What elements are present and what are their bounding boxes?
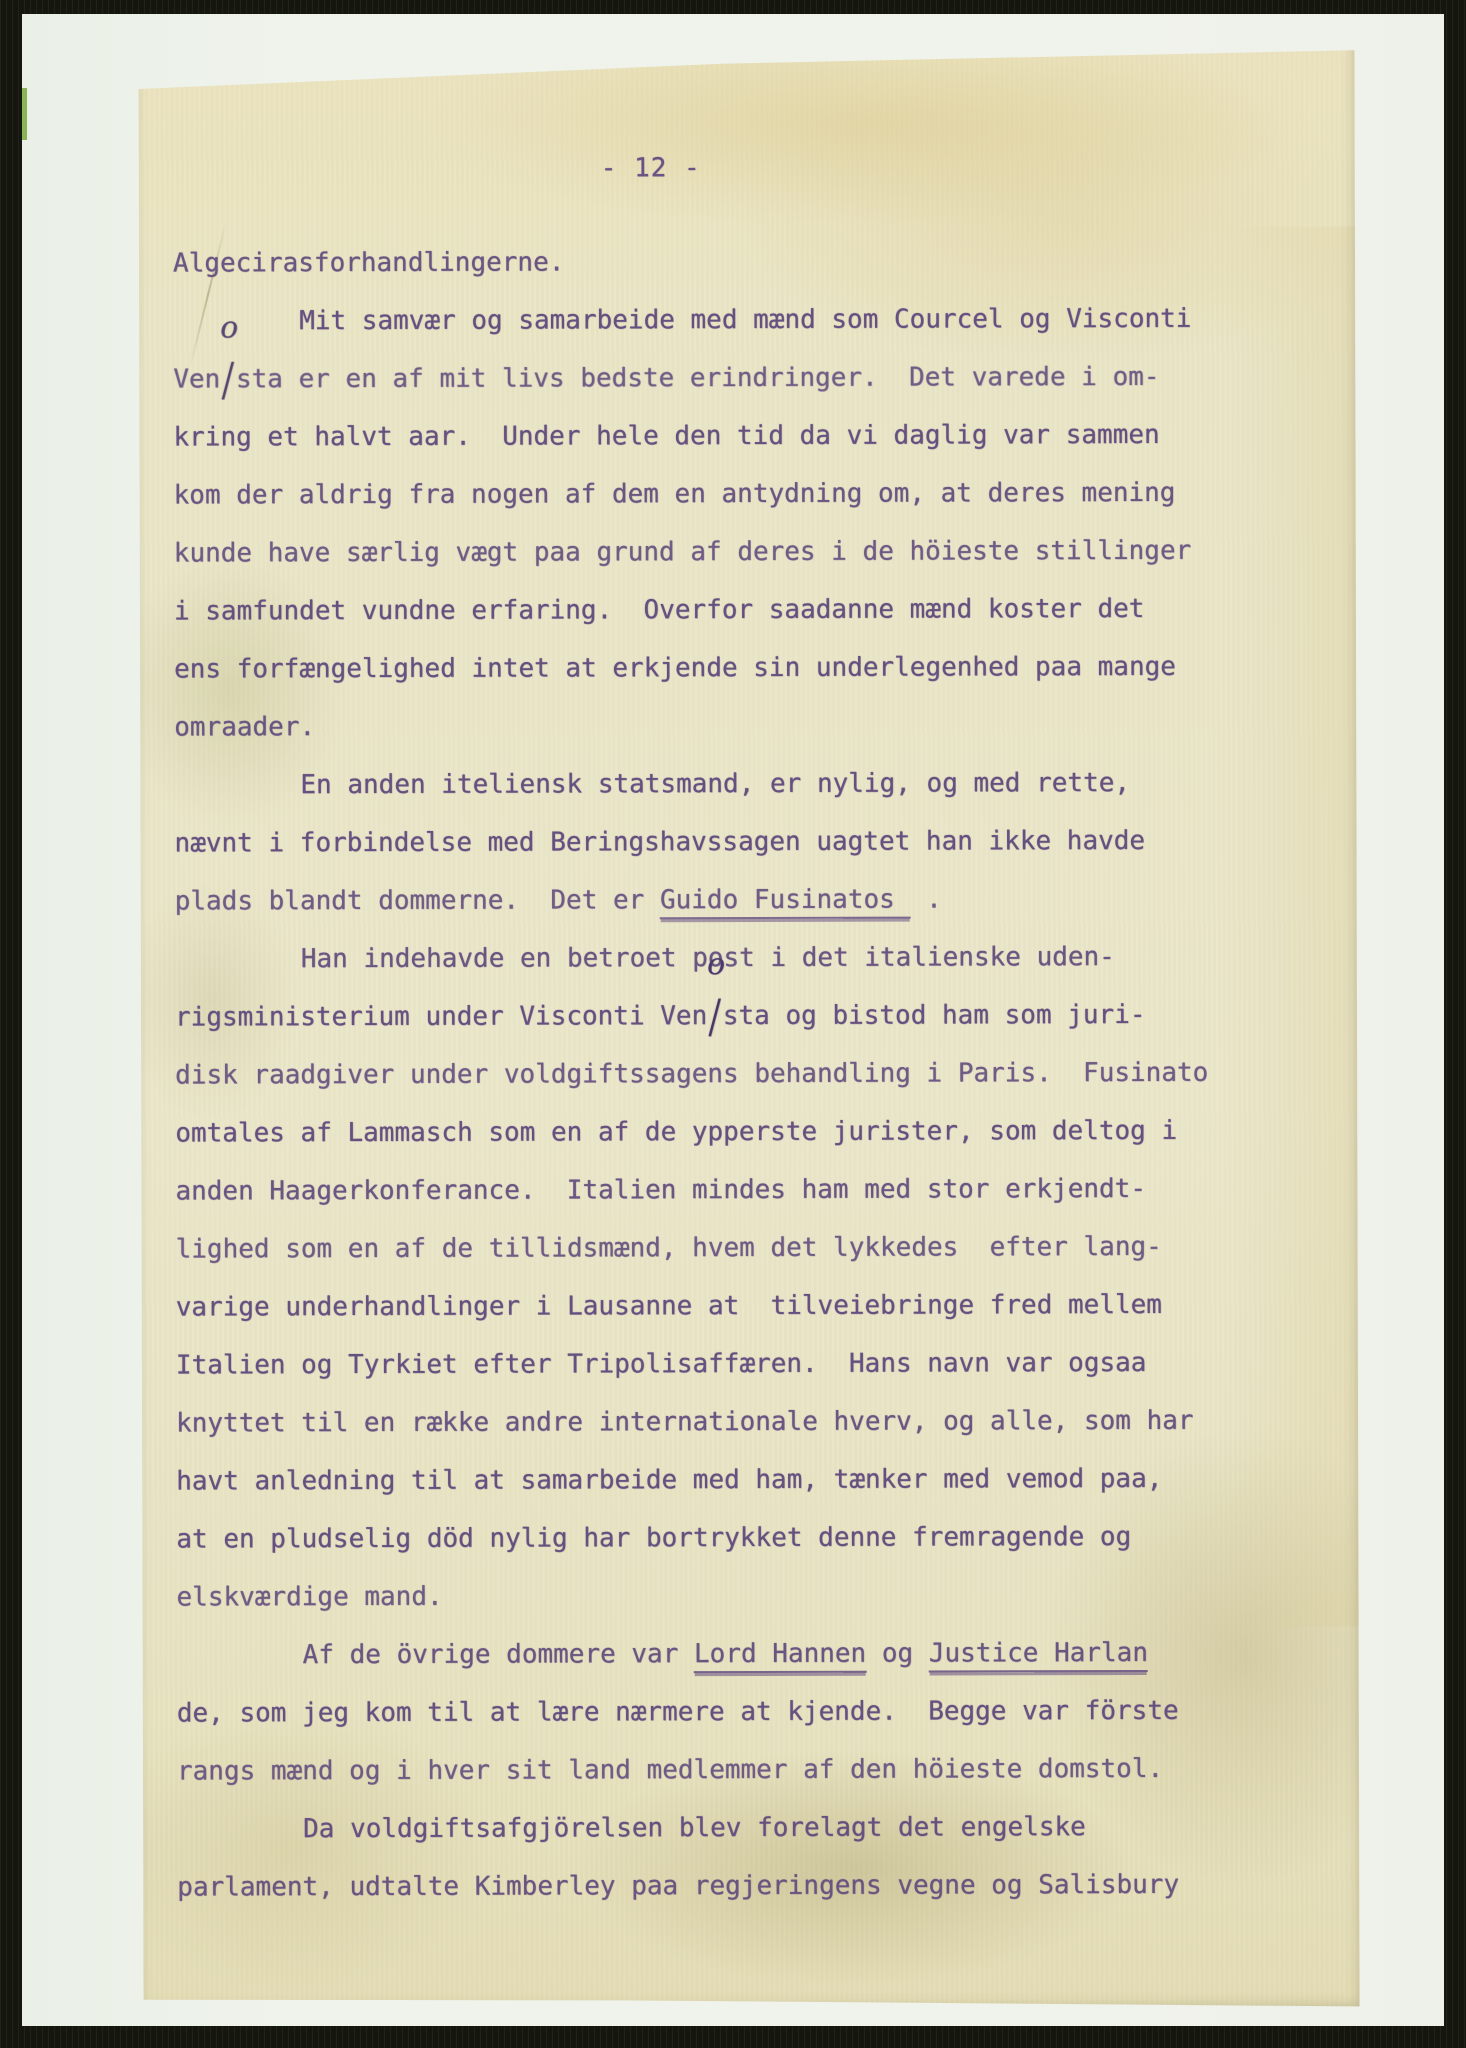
typed-text: i samfundet vundne erfaring. Overfor saa…: [174, 594, 1145, 627]
typescript-line: anden Haagerkonferance. Italien mindes h…: [175, 1159, 1325, 1220]
page-number: - 12 -: [601, 148, 701, 188]
typescript-line: rangs mænd og i hver sit land medlemmer …: [177, 1739, 1327, 1800]
typed-text: og: [866, 1639, 929, 1669]
scanned-document: - 12 - Algecirasforhandlingerne.Mit samv…: [0, 0, 1466, 2048]
typed-text: elskværdige mand.: [176, 1582, 442, 1613]
typed-text: havt anledning til at samarbeide med ham…: [176, 1464, 1162, 1497]
paper-stain: [418, 17, 1319, 229]
typed-text: Da voldgiftsafgjörelsen blev forelagt de…: [303, 1812, 1086, 1844]
underlined-text: Guido Fusinatos: [660, 885, 911, 920]
typed-text: at en pludselig död nylig har bortrykket…: [176, 1522, 1131, 1554]
typescript-line: knyttet til en række andre international…: [176, 1391, 1326, 1452]
typescript-line: Ven/osta er en af mit livs bedste erindr…: [173, 347, 1323, 408]
typed-text: .: [910, 884, 941, 914]
typescript-line: i samfundet vundne erfaring. Overfor saa…: [174, 579, 1324, 640]
typed-text: omtales af Lammasch som en af de ypperst…: [175, 1116, 1177, 1149]
typed-text: Italien og Tyrkiet efter Tripolisaffæren…: [176, 1348, 1147, 1381]
underlined-text: Lord Hannen: [694, 1639, 866, 1673]
typed-text: parlament, udtalte Kimberley paa regjeri…: [177, 1870, 1179, 1903]
typed-text: kring et halvt aar. Under hele den tid d…: [173, 420, 1159, 453]
typed-text: omraader.: [174, 712, 315, 742]
typed-text: varige underhandlinger i Lausanne at til…: [176, 1290, 1162, 1323]
typed-text: sta og bistod ham som juri-: [723, 1000, 1146, 1031]
typescript-line: kunde have særlig vægt paa grund af dere…: [174, 521, 1324, 582]
typescript-line: elskværdige mand.: [176, 1565, 1326, 1626]
handwritten-correction: /o: [220, 350, 236, 408]
typed-text: knyttet til en række andre international…: [176, 1406, 1194, 1439]
typed-text: ens forfængelighed intet at erkjende sin…: [174, 652, 1176, 685]
typescript-line: de, som jeg kom til at lære nærmere at k…: [177, 1681, 1327, 1742]
typescript-line: kom der aldrig fra nogen af dem en antyd…: [174, 463, 1324, 524]
typescript-line: lighed som en af de tillidsmænd, hvem de…: [176, 1217, 1326, 1278]
typed-text: rigsministerium under Visconti Ven: [175, 1001, 707, 1032]
typed-text: disk raadgiver under voldgiftssagens beh…: [175, 1058, 1208, 1091]
typed-text: sta er en af mit livs bedste erindringer…: [236, 362, 1160, 394]
typescript-line: Han indehavde en betroet post i det ital…: [175, 927, 1325, 988]
typescript-line: Italien og Tyrkiet efter Tripolisaffæren…: [176, 1333, 1326, 1394]
typescript-line: Af de övrige dommere var Lord Hannen og …: [177, 1623, 1327, 1684]
typed-text: anden Haagerkonferance. Italien mindes h…: [175, 1174, 1146, 1207]
typescript-line: Da voldgiftsafgjörelsen blev forelagt de…: [177, 1797, 1327, 1858]
typed-text: de, som jeg kom til at lære nærmere at k…: [177, 1696, 1179, 1729]
typed-text: lighed som en af de tillidsmænd, hvem de…: [176, 1232, 1162, 1265]
typescript-line: omtales af Lammasch som en af de ypperst…: [175, 1101, 1325, 1162]
handwritten-correction: /o: [707, 987, 723, 1045]
typescript-line: Mit samvær og samarbeide med mænd som Co…: [173, 289, 1323, 350]
typed-text: En anden iteliensk statsmand, er nylig, …: [300, 768, 1130, 800]
typed-text: Ven: [173, 364, 220, 394]
struck-typed-character: /: [220, 330, 236, 432]
handwritten-letter: o: [707, 950, 725, 980]
typescript-line: rigsministerium under Visconti Ven/osta …: [175, 985, 1325, 1046]
backing-sheet: - 12 - Algecirasforhandlingerne.Mit samv…: [22, 14, 1444, 2026]
typed-page: - 12 - Algecirasforhandlingerne.Mit samv…: [138, 26, 1359, 2011]
typed-text: plads blandt dommerne. Det er: [175, 885, 660, 916]
typescript-line: at en pludselig död nylig har bortrykket…: [176, 1507, 1326, 1568]
typed-text: kunde have særlig vægt paa grund af dere…: [174, 536, 1192, 569]
typescript-line: parlament, udtalte Kimberley paa regjeri…: [177, 1855, 1327, 1916]
handwritten-letter: o: [220, 313, 238, 343]
typescript-line: En anden iteliensk statsmand, er nylig, …: [174, 753, 1324, 814]
typescript-line: ens forfængelighed intet at erkjende sin…: [174, 637, 1324, 698]
typed-text: kom der aldrig fra nogen af dem en antyd…: [174, 478, 1176, 511]
typescript-line: kring et halvt aar. Under hele den tid d…: [173, 405, 1323, 466]
typed-text: Algecirasforhandlingerne.: [173, 247, 564, 278]
underlined-text: Justice Harlan: [929, 1638, 1148, 1673]
typed-text: rangs mænd og i hver sit land medlemmer …: [177, 1754, 1163, 1787]
typescript-body: Algecirasforhandlingerne.Mit samvær og s…: [173, 231, 1327, 1916]
typescript-line: omraader.: [174, 695, 1324, 756]
typescript-line: varige underhandlinger i Lausanne at til…: [176, 1275, 1326, 1336]
typed-text: Af de övrige dommere var: [303, 1639, 694, 1670]
typescript-line: havt anledning til at samarbeide med ham…: [176, 1449, 1326, 1510]
typescript-line: plads blandt dommerne. Det er Guido Fusi…: [175, 869, 1325, 930]
typescript-line: nævnt i forbindelse med Beringshavssagen…: [174, 811, 1324, 872]
typescript-line: disk raadgiver under voldgiftssagens beh…: [175, 1043, 1325, 1104]
typescript-line: Algecirasforhandlingerne.: [173, 231, 1323, 292]
scan-artifact: [22, 88, 27, 140]
typed-text: nævnt i forbindelse med Beringshavssagen…: [174, 826, 1145, 859]
typed-text: Mit samvær og samarbeide med mænd som Co…: [299, 304, 1191, 336]
